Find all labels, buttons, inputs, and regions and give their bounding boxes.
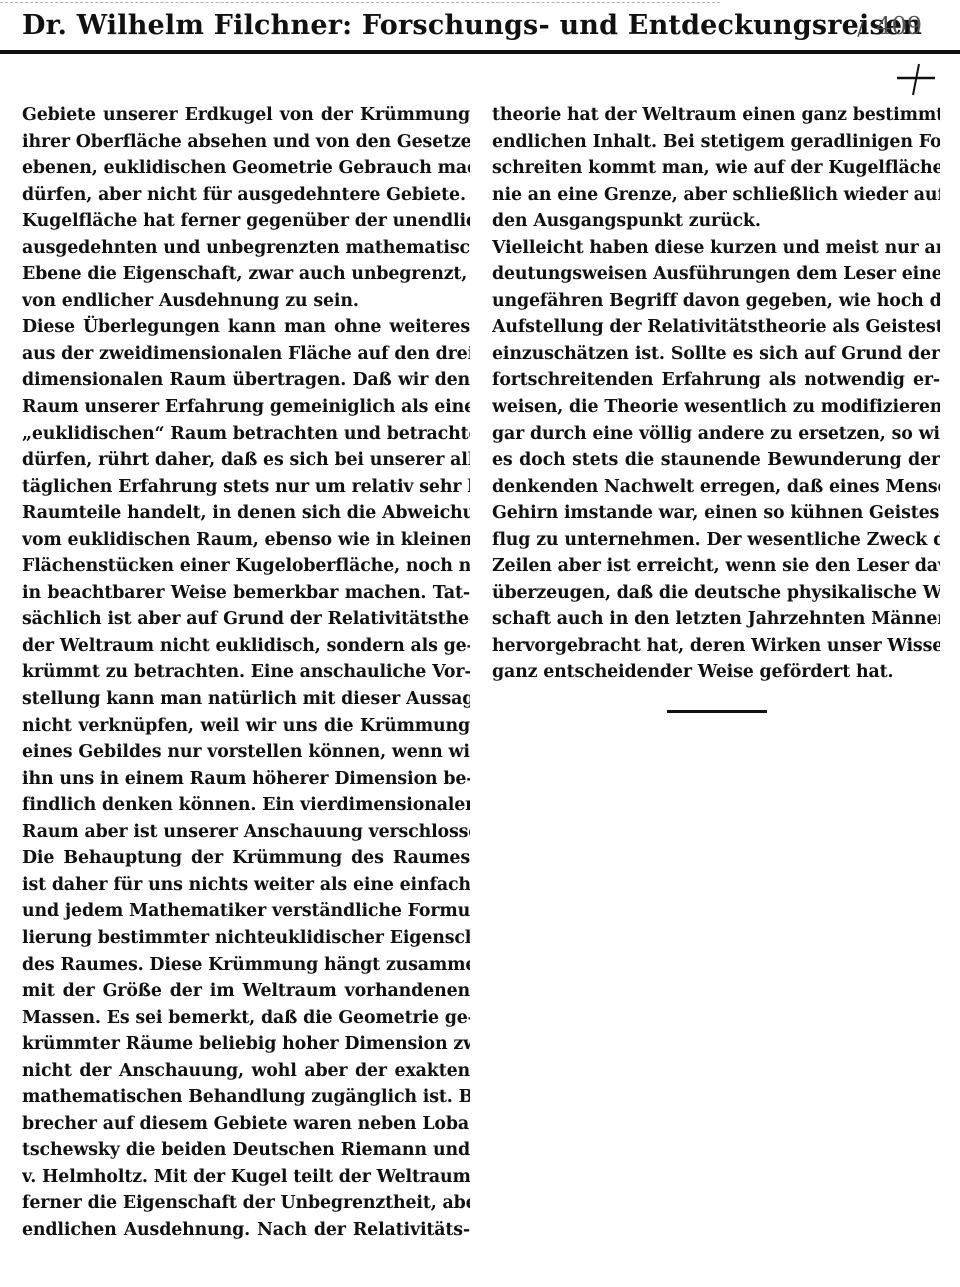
- text-line: Gehirn imstande war, einen so kühnen Gei…: [492, 500, 940, 527]
- text-line: Diese Überlegungen kann man ohne weitere…: [22, 314, 470, 341]
- page-number: 409: [876, 12, 922, 40]
- text-line: nie an eine Grenze, aber schließlich wie…: [492, 182, 940, 209]
- text-line: Vielleicht haben diese kurzen und meist …: [492, 235, 940, 262]
- text-line: einzuschätzen ist. Sollte es sich auf Gr…: [492, 341, 940, 368]
- text-line: endlichen Ausdehnung. Nach der Relativit…: [22, 1217, 470, 1244]
- text-line: mit der Größe der im Weltraum vorhandene…: [22, 978, 470, 1005]
- text-line: in beachtbarer Weise bemerkbar machen. T…: [22, 580, 470, 607]
- text-line: Ebene die Eigenschaft, zwar auch unbegre…: [22, 261, 470, 288]
- text-line: den Ausgangspunkt zurück.: [492, 208, 940, 235]
- text-line: „euklidischen“ Raum betrachten und betra…: [22, 421, 470, 448]
- text-line: und jedem Mathematiker verständliche For…: [22, 898, 470, 925]
- text-line: dürfen, rührt daher, daß es sich bei uns…: [22, 447, 470, 474]
- text-line: tschewsky die beiden Deutschen Riemann u…: [22, 1137, 470, 1164]
- text-line: krümmt zu betrachten. Eine anschauliche …: [22, 659, 470, 686]
- text-line: denkenden Nachwelt erregen, daß eines Me…: [492, 474, 940, 501]
- left-column: Gebiete unserer Erdkugel von der Krümmun…: [22, 102, 470, 1244]
- scan-noise: [0, 2, 720, 5]
- text-line: täglichen Erfahrung stets nur um relativ…: [22, 474, 470, 501]
- text-line: ihn uns in einem Raum höherer Dimension …: [22, 766, 470, 793]
- text-line: von endlicher Ausdehnung zu sein.: [22, 288, 470, 315]
- text-line: krümmter Räume beliebig hoher Dimension …: [22, 1031, 470, 1058]
- running-header: Dr. Wilhelm Filchner: Forschungs- und En…: [22, 10, 942, 46]
- text-line: schreiten kommt man, wie auf der Kugelfl…: [492, 155, 940, 182]
- text-line: lierung bestimmter nichteuklidischer Eig…: [22, 925, 470, 952]
- text-line: Massen. Es sei bemerkt, daß die Geometri…: [22, 1005, 470, 1032]
- text-line: Aufstellung der Relativitätstheorie als …: [492, 314, 940, 341]
- text-line: aus der zweidimensionalen Fläche auf den…: [22, 341, 470, 368]
- text-line: mathematischen Behandlung zugänglich ist…: [22, 1084, 470, 1111]
- text-line: ganz entscheidender Weise gefördert hat.: [492, 659, 940, 686]
- text-line: nicht der Anschauung, wohl aber der exak…: [22, 1058, 470, 1085]
- text-line: ungefähren Begriff davon gegeben, wie ho…: [492, 288, 940, 315]
- text-line: fortschreitenden Erfahrung als notwendig…: [492, 367, 940, 394]
- text-line: Raum aber ist unserer Anschauung verschl…: [22, 819, 470, 846]
- text-line: ausgedehnten und unbegrenzten mathematis…: [22, 235, 470, 262]
- text-line: dürfen, aber nicht für ausgedehntere Geb…: [22, 182, 470, 209]
- page-tick-mark: /: [857, 16, 864, 40]
- text-line: Die Behauptung der Krümmung des Raumes: [22, 845, 470, 872]
- text-line: gar durch eine völlig andere zu ersetzen…: [492, 421, 940, 448]
- header-title: Dr. Wilhelm Filchner: Forschungs- und En…: [22, 10, 922, 41]
- text-line: Raumteile handelt, in denen sich die Abw…: [22, 500, 470, 527]
- text-line: Kugelfläche hat ferner gegenüber der une…: [22, 208, 470, 235]
- text-line: Gebiete unserer Erdkugel von der Krümmun…: [22, 102, 470, 129]
- text-line: weisen, die Theorie wesentlich zu modifi…: [492, 394, 940, 421]
- text-line: endlichen Inhalt. Bei stetigem geradlini…: [492, 129, 940, 156]
- header-rule: [0, 50, 960, 54]
- text-line: überzeugen, daß die deutsche physikalisc…: [492, 580, 940, 607]
- text-line: des Raumes. Diese Krümmung hängt zusamme…: [22, 952, 470, 979]
- text-line: schaft auch in den letzten Jahrzehnten M…: [492, 606, 940, 633]
- text-line: ihrer Oberfläche absehen und von den Ges…: [22, 129, 470, 156]
- text-line: theorie hat der Weltraum einen ganz best…: [492, 102, 940, 129]
- text-line: Zeilen aber ist erreicht, wenn sie den L…: [492, 553, 940, 580]
- text-line: sächlich ist aber auf Grund der Relativi…: [22, 606, 470, 633]
- crop-mark-icon: [895, 62, 939, 96]
- right-column: theorie hat der Weltraum einen ganz best…: [492, 102, 940, 686]
- text-line: ferner die Eigenschaft der Unbegrenzthei…: [22, 1190, 470, 1217]
- text-line: nicht verknüpfen, weil wir uns die Krümm…: [22, 713, 470, 740]
- text-line: Raum unserer Erfahrung gemeiniglich als …: [22, 394, 470, 421]
- text-line: flug zu unternehmen. Der wesentliche Zwe…: [492, 527, 940, 554]
- text-line: deutungsweisen Ausführungen dem Leser ei…: [492, 261, 940, 288]
- text-line: stellung kann man natürlich mit dieser A…: [22, 686, 470, 713]
- text-line: vom euklidischen Raum, ebenso wie in kle…: [22, 527, 470, 554]
- text-line: es doch stets die staunende Bewunderung …: [492, 447, 940, 474]
- text-line: brecher auf diesem Gebiete waren neben L…: [22, 1111, 470, 1138]
- text-line: Flächenstücken einer Kugeloberfläche, no…: [22, 553, 470, 580]
- text-line: v. Helmholtz. Mit der Kugel teilt der We…: [22, 1164, 470, 1191]
- text-line: hervorgebracht hat, deren Wirken unser W…: [492, 633, 940, 660]
- text-line: dimensionalen Raum übertragen. Daß wir d…: [22, 367, 470, 394]
- text-line: findlich denken können. Ein vierdimensio…: [22, 792, 470, 819]
- text-line: ist daher für uns nichts weiter als eine…: [22, 872, 470, 899]
- section-end-rule: [667, 710, 767, 713]
- text-line: ebenen, euklidischen Geometrie Gebrauch …: [22, 155, 470, 182]
- text-line: eines Gebildes nur vorstellen können, we…: [22, 739, 470, 766]
- text-line: der Weltraum nicht euklidisch, sondern a…: [22, 633, 470, 660]
